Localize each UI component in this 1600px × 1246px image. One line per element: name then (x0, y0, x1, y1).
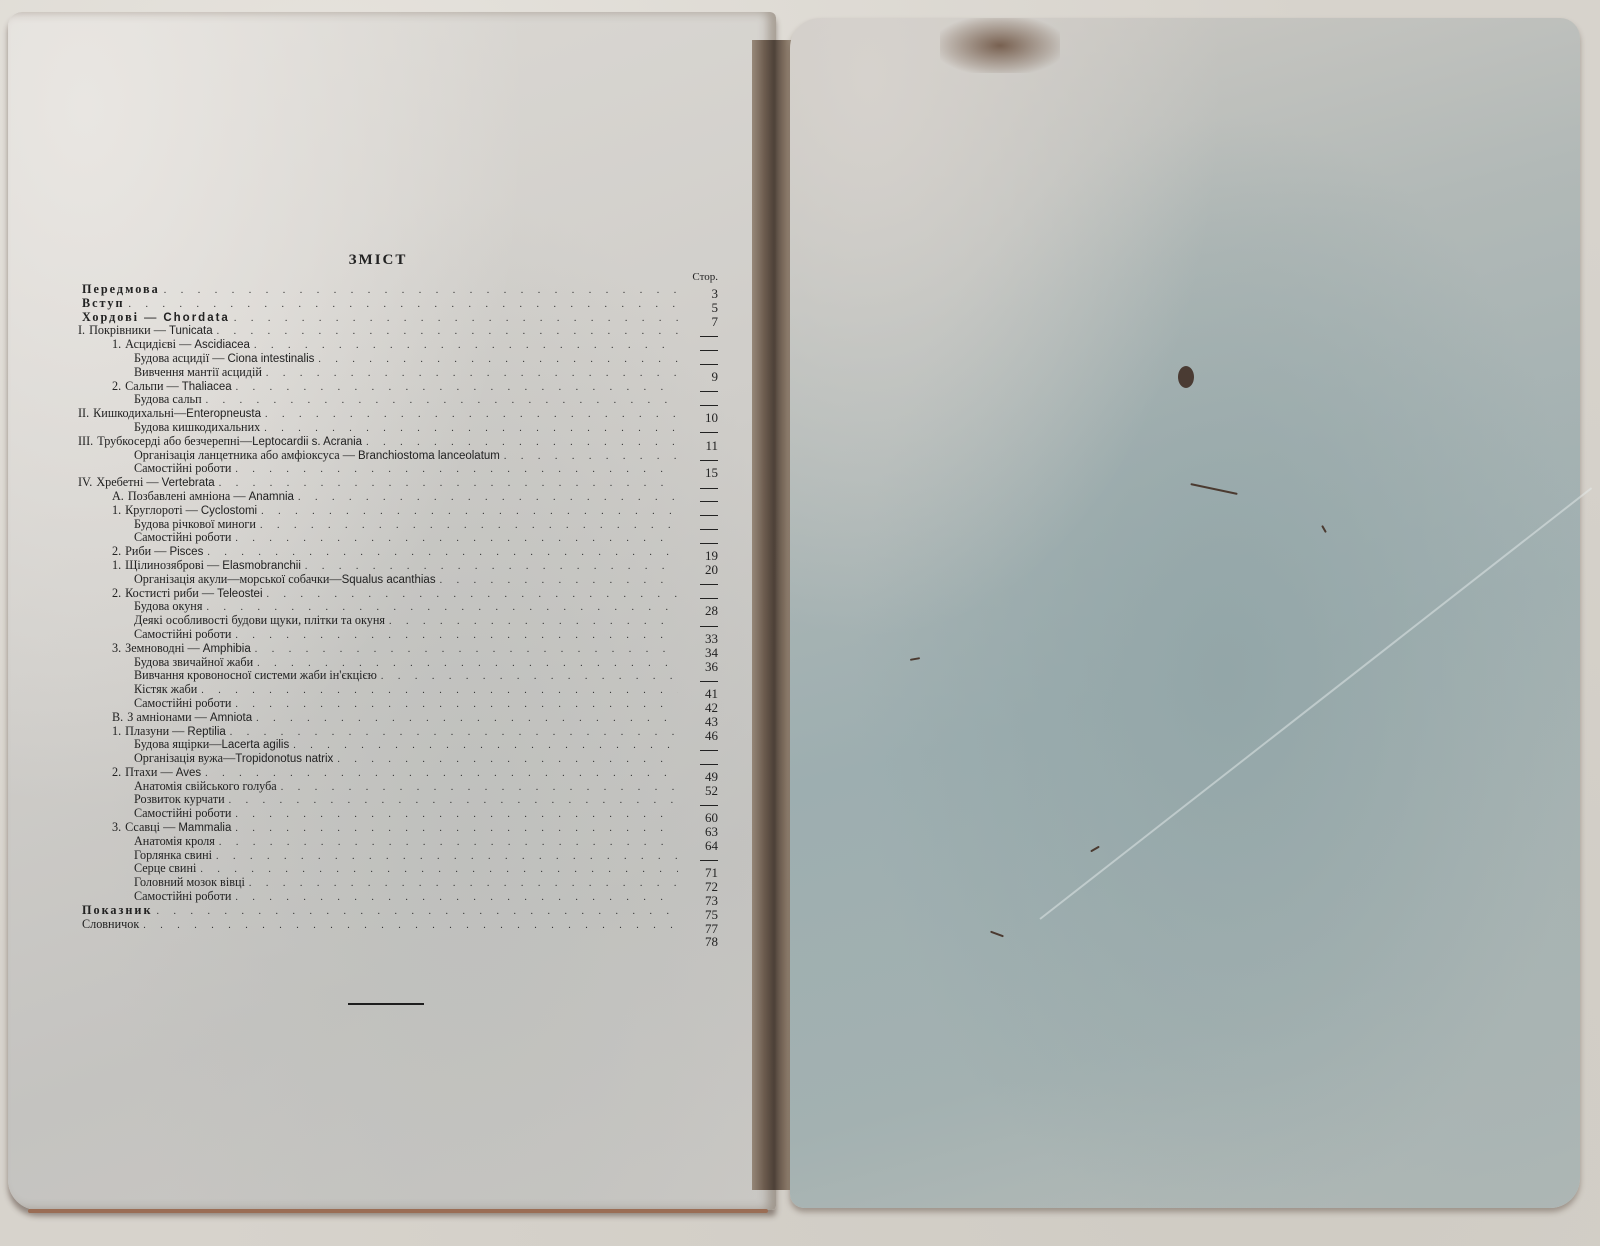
toc-entry-number: 1. (112, 559, 121, 572)
dot-leader (249, 877, 678, 890)
toc-entry-label: Розвиток курчати (78, 793, 229, 807)
toc-entry: II.Кишкодихальні—Enteropneusta (78, 407, 718, 421)
toc-entry-latin: Branchiostoma lanceolatum (358, 450, 500, 462)
toc-entry-text: Вступ (82, 297, 124, 310)
toc-entry-latin: Thaliacea (182, 381, 232, 393)
toc-page-number: 52 (682, 784, 718, 798)
toc-entry-text: Будова ящірки— (134, 738, 221, 751)
toc-entry: 2.Сальпи — Thaliacea (78, 380, 718, 394)
toc-entry-number: IV. (78, 476, 92, 489)
toc-entry-label: 1.Асцидієві — Ascidiacea (78, 338, 254, 352)
toc-entry-label: Передмова (78, 283, 164, 297)
dot-leader (216, 850, 678, 863)
toc-page-number (682, 384, 718, 398)
dot-leader (230, 726, 678, 739)
toc-entry-label: Будова сальп (78, 393, 206, 407)
toc-entry-label: Організація ланцетника або амфіоксуса — … (78, 449, 504, 463)
toc-page-number: 64 (682, 839, 718, 853)
dot-leader (235, 808, 678, 821)
same-page-dash (700, 488, 718, 489)
toc-page-number (682, 453, 718, 467)
toc-entry-latin: Elasmobranchii (222, 560, 301, 572)
dot-leader (255, 643, 678, 656)
toc-entry-number: 1. (112, 338, 121, 351)
dot-leader (281, 781, 678, 794)
dot-leader (219, 836, 678, 849)
toc-entry-text: Розвиток курчати (134, 793, 225, 806)
toc-entry: Анатомія кроля (78, 835, 718, 849)
same-page-dash (700, 515, 718, 516)
toc-entry-label: Хордові — Chordata (78, 311, 234, 325)
toc-entry: Будова окуня (78, 600, 718, 614)
toc-entry: 3.Ссавці — Mammalia (78, 821, 718, 835)
toc-entry-label: 1.Щілинозяброві — Elasmobranchii (78, 559, 305, 573)
toc-page-number: 73 (682, 894, 718, 908)
paper-fiber (1190, 483, 1237, 495)
toc-entry-text: Земноводні — (125, 642, 203, 655)
toc-entry: Показник (78, 904, 718, 918)
same-page-dash (700, 336, 718, 337)
toc-entry: 2.Костисті риби — Teleostei (78, 587, 718, 601)
toc-entry-label: I.Покрівники — Tunicata (78, 324, 217, 338)
toc-page-number: 72 (682, 880, 718, 894)
toc-entry-text: Головний мозок вівці (134, 876, 245, 889)
toc-entry: Вивчання кровоносної системи жаби ін'єкц… (78, 669, 718, 683)
toc-entry-latin: Aves (176, 767, 201, 779)
toc-entry-label: Анатомія кроля (78, 835, 219, 849)
toc-entry-latin: Vertebrata (162, 477, 215, 489)
toc-entry-label: 1.Круглороті — Cyclostomi (78, 504, 261, 518)
toc-entry-number: B. (112, 711, 123, 724)
toc-entry-text: Будова окуня (134, 600, 202, 613)
toc-page-number: 15 (682, 466, 718, 480)
dot-leader (201, 684, 678, 697)
toc-page-number (682, 618, 718, 632)
dot-leader (504, 450, 678, 463)
toc-entry: Організація ланцетника або амфіоксуса — … (78, 449, 718, 463)
toc-entry-label: A.Позбавлені амніона — Anamnia (78, 490, 298, 504)
same-page-dash (700, 543, 718, 544)
toc-entry-text: Сальпи — (125, 380, 182, 393)
toc-page-number (682, 342, 718, 356)
toc-page-number: 19 (682, 549, 718, 563)
dot-leader (206, 394, 678, 407)
toc-entry-label: Організація акули—морської собачки—Squal… (78, 573, 440, 587)
toc-entry-latin: Ciona intestinalis (227, 353, 314, 365)
toc-entry-text: Анатомія свійського голуба (134, 780, 277, 793)
same-page-dash (700, 584, 718, 585)
toc-page-number (682, 797, 718, 811)
toc-entry-number: 1. (112, 725, 121, 738)
toc-entry: Організація вужа—Tropidonotus natrix (78, 752, 718, 766)
toc-entry: Словничок (78, 918, 718, 932)
toc-entry-label: 3.Земноводні — Amphibia (78, 642, 255, 656)
toc-entry-text: Будова сальп (134, 393, 202, 406)
toc-entry-text: Вивчення мантії асцидій (134, 366, 262, 379)
dot-leader (366, 436, 678, 449)
toc-entry-text: Костисті риби — (125, 587, 217, 600)
toc-page-number: 5 (682, 301, 718, 315)
toc-entry-text: Організація ланцетника або амфіоксуса — (134, 449, 358, 462)
toc-entry: 1.Плазуни — Reptilia (78, 725, 718, 739)
dot-leader (229, 794, 678, 807)
stain-mark (940, 18, 1060, 73)
toc-entry-number: A. (112, 490, 124, 503)
dot-leader (200, 863, 678, 876)
toc-entry-text: Показник (82, 904, 152, 917)
toc-page-number: 43 (682, 715, 718, 729)
toc-entry: Будова ящірки—Lacerta agilis (78, 738, 718, 752)
toc-entry: Головний мозок вівці (78, 876, 718, 890)
table-of-contents: ЗМІСТ Стор. ПередмоваВступХордові — Chor… (78, 252, 718, 931)
toc-entry: 1.Круглороті — Cyclostomi (78, 504, 718, 518)
toc-entry-label: 2.Костисті риби — Teleostei (78, 587, 267, 601)
toc-entry: 1.Щілинозяброві — Elasmobranchii (78, 559, 718, 573)
toc-entry-label: Самостійні роботи (78, 697, 235, 711)
toc-entry: 3.Земноводні — Amphibia (78, 642, 718, 656)
toc-page-number: 34 (682, 646, 718, 660)
toc-entry-label: Організація вужа—Tropidonotus natrix (78, 752, 337, 766)
toc-page-number (682, 742, 718, 756)
toc-entry-latin: Tropidonotus natrix (235, 753, 333, 765)
toc-entry-label: 2.Птахи — Aves (78, 766, 205, 780)
toc-entry-label: Вступ (78, 297, 128, 311)
toc-pages-header: Стор. (78, 271, 718, 283)
toc-page-number (682, 508, 718, 522)
toc-page-number: 36 (682, 660, 718, 674)
toc-entry: Самостійні роботи (78, 462, 718, 476)
toc-entry-text: Позбавлені амніона — (128, 490, 249, 503)
toc-page-number (682, 522, 718, 536)
toc-page-number (682, 397, 718, 411)
toc-entry: III.Трубкосерді або безчерепні—Leptocard… (78, 435, 718, 449)
toc-entry-latin: Pisces (169, 546, 203, 558)
toc-page-number: 28 (682, 604, 718, 618)
toc-page-number (682, 356, 718, 370)
dot-leader (234, 312, 678, 325)
toc-entry-text: З амніонами — (127, 711, 210, 724)
toc-entry-latin: Chordata (163, 312, 229, 324)
toc-page-number: 77 (682, 922, 718, 936)
toc-page-number: 49 (682, 770, 718, 784)
toc-entry-number: 2. (112, 766, 121, 779)
toc-entry-label: Будова окуня (78, 600, 206, 614)
toc-entry-latin: Enteropneusta (186, 408, 261, 420)
toc-entry: Серце свині (78, 862, 718, 876)
dot-leader (265, 408, 678, 421)
toc-entry-text: Самостійні роботи (134, 890, 231, 903)
toc-page-number (682, 535, 718, 549)
toc-page-number: 9 (682, 370, 718, 384)
toc-entry-text: Круглороті — (125, 504, 201, 517)
toc-page-numbers: 3579101115192028333436414243464952606364… (682, 287, 718, 949)
toc-entry: Будова асцидії — Ciona intestinalis (78, 352, 718, 366)
toc-entry-text: Птахи — (125, 766, 176, 779)
ink-blot (1178, 366, 1194, 388)
dot-leader (206, 601, 678, 614)
same-page-dash (700, 764, 718, 765)
toc-page-number (682, 328, 718, 342)
toc-entry-label: Словничок (78, 918, 143, 932)
dot-leader (261, 505, 678, 518)
dot-leader (156, 905, 678, 918)
dot-leader (235, 891, 678, 904)
book-spine (752, 40, 792, 1190)
same-page-dash (700, 364, 718, 365)
toc-entry-label: 2.Риби — Pisces (78, 545, 207, 559)
toc-entry-label: Будова ящірки—Lacerta agilis (78, 738, 293, 752)
toc-entry-label: Вивчання кровоносної системи жаби ін'єкц… (78, 669, 381, 683)
toc-entry-text: Деякі особливості будови щуки, плітки та… (134, 614, 385, 627)
toc-entry-label: 3.Ссавці — Mammalia (78, 821, 235, 835)
toc-page-number: 10 (682, 411, 718, 425)
toc-entry-label: Будова асцидії — Ciona intestinalis (78, 352, 318, 366)
fold-crease (1039, 487, 1592, 920)
dot-leader (293, 739, 678, 752)
dot-leader (205, 767, 678, 780)
toc-entry-label: Вивчення мантії асцидій (78, 366, 266, 380)
dot-leader (235, 698, 678, 711)
toc-entry: Хордові — Chordata (78, 311, 718, 325)
toc-entry-text: Покрівники — (89, 324, 169, 337)
dot-leader (219, 477, 678, 490)
toc-entry-label: Будова річкової миноги (78, 518, 260, 532)
toc-entry-latin: Ascidiacea (194, 339, 250, 351)
toc-page-number (682, 425, 718, 439)
toc-entry-text: Будова звичайної жаби (134, 656, 253, 669)
toc-entry-text: Трубкосерді або безчерепні— (97, 435, 252, 448)
toc-entry: Вступ (78, 297, 718, 311)
toc-page-number: 41 (682, 687, 718, 701)
toc-page-number (682, 494, 718, 508)
toc-page-number: 78 (682, 935, 718, 949)
toc-page-number (682, 577, 718, 591)
toc-entry-latin: Amphibia (203, 643, 251, 655)
toc-entry-text: Кістяк жаби (134, 683, 197, 696)
toc-entry-latin: Leptocardii s. Acrania (252, 436, 362, 448)
dot-leader (389, 615, 678, 628)
toc-entry-number: 3. (112, 642, 121, 655)
toc-entry-latin: Anamnia (249, 491, 294, 503)
toc-entry: B.З амніонами — Amniota (78, 711, 718, 725)
toc-page-number (682, 591, 718, 605)
toc-entry-latin: Squalus acanthias (342, 574, 436, 586)
same-page-dash (700, 350, 718, 351)
toc-entry-text: Хордові — (82, 311, 163, 324)
toc-entry-text: Плазуни — (125, 725, 187, 738)
toc-entry: Кістяк жаби (78, 683, 718, 697)
toc-entry: Самостійні роботи (78, 531, 718, 545)
dot-leader (207, 546, 678, 559)
toc-entry-label: III.Трубкосерді або безчерепні—Leptocard… (78, 435, 366, 449)
toc-entry-label: Анатомія свійського голуба (78, 780, 281, 794)
toc-page-number: 75 (682, 908, 718, 922)
toc-page-number (682, 853, 718, 867)
toc-entry-number: III. (78, 435, 93, 448)
toc-entry-text: Словничок (82, 918, 139, 931)
toc-entry: A.Позбавлені амніона — Anamnia (78, 490, 718, 504)
dot-leader (256, 712, 678, 725)
dot-leader (235, 532, 678, 545)
toc-entry-text: Щілинозяброві — (125, 559, 222, 572)
same-page-dash (700, 391, 718, 392)
toc-entry-label: Показник (78, 904, 156, 918)
toc-entry-label: Головний мозок вівці (78, 876, 249, 890)
toc-page-number: 11 (682, 439, 718, 453)
same-page-dash (700, 681, 718, 682)
toc-entry: 2.Птахи — Aves (78, 766, 718, 780)
toc-page-number: 63 (682, 825, 718, 839)
toc-entry: Горлянка свині (78, 849, 718, 863)
toc-page-number: 71 (682, 866, 718, 880)
toc-page-number: 20 (682, 563, 718, 577)
dot-leader (381, 670, 678, 683)
toc-entry-label: Самостійні роботи (78, 462, 235, 476)
toc-entry: Самостійні роботи (78, 807, 718, 821)
dot-leader (235, 822, 678, 835)
toc-page-number: 46 (682, 729, 718, 743)
toc-entry-text: Передмова (82, 283, 160, 296)
toc-entry-latin: Mammalia (178, 822, 231, 834)
toc-title: ЗМІСТ (78, 252, 718, 269)
toc-entry-label: 1.Плазуни — Reptilia (78, 725, 230, 739)
toc-entry-text: Хребетні — (96, 476, 161, 489)
right-page-back-cover (790, 18, 1580, 1208)
toc-entry-label: Самостійні роботи (78, 890, 235, 904)
toc-entry-label: 2.Сальпи — Thaliacea (78, 380, 236, 394)
dot-leader (440, 574, 678, 587)
toc-entry-text: Серце свині (134, 862, 196, 875)
dot-leader (235, 463, 678, 476)
toc-entry: Анатомія свійського голуба (78, 780, 718, 794)
toc-entry-label: II.Кишкодихальні—Enteropneusta (78, 407, 265, 421)
toc-entry-latin: Teleostei (217, 588, 262, 600)
toc-entry: Самостійні роботи (78, 890, 718, 904)
toc-entry-label: Деякі особливості будови щуки, плітки та… (78, 614, 389, 628)
dot-leader (337, 753, 678, 766)
toc-entry-latin: Reptilia (187, 726, 225, 738)
same-page-dash (700, 405, 718, 406)
same-page-dash (700, 460, 718, 461)
toc-entry-latin: Lacerta agilis (221, 739, 289, 751)
toc-entry: Будова сальп (78, 393, 718, 407)
dot-leader (266, 367, 678, 380)
dot-leader (143, 919, 678, 932)
toc-entry-latin: Amniota (210, 712, 252, 724)
toc-entry-text: Ссавці — (125, 821, 178, 834)
toc-entry-label: Горлянка свині (78, 849, 216, 863)
paper-fiber (1090, 846, 1100, 853)
same-page-dash (700, 860, 718, 861)
toc-entry-label: Будова кишкодихальних (78, 421, 264, 435)
same-page-dash (700, 626, 718, 627)
toc-entry-text: Будова річкової миноги (134, 518, 256, 531)
toc-entry: Самостійні роботи (78, 628, 718, 642)
dot-leader (267, 588, 679, 601)
toc-entry: IV.Хребетні — Vertebrata (78, 476, 718, 490)
toc-entry-text: Самостійні роботи (134, 462, 231, 475)
dot-leader (260, 519, 678, 532)
toc-entry: 2.Риби — Pisces (78, 545, 718, 559)
same-page-dash (700, 501, 718, 502)
toc-entry-number: II. (78, 407, 89, 420)
toc-page-number: 33 (682, 632, 718, 646)
toc-entry-text: Самостійні роботи (134, 697, 231, 710)
dot-leader (236, 381, 678, 394)
toc-entry-text: Організація акули—морської собачки— (134, 573, 342, 586)
dot-leader (264, 422, 678, 435)
toc-entry: Вивчення мантії асцидій (78, 366, 718, 380)
toc-page-number: 60 (682, 811, 718, 825)
toc-entry-label: Самостійні роботи (78, 807, 235, 821)
same-page-dash (700, 805, 718, 806)
toc-entry-latin: Tunicata (169, 325, 213, 337)
toc-entry-text: Самостійні роботи (134, 628, 231, 641)
toc-entry-label: B.З амніонами — Amniota (78, 711, 256, 725)
toc-entry-label: IV.Хребетні — Vertebrata (78, 476, 219, 490)
same-page-dash (700, 432, 718, 433)
toc-entry-number: 3. (112, 821, 121, 834)
toc-page-number (682, 756, 718, 770)
toc-entry: Будова річкової миноги (78, 518, 718, 532)
toc-page-number: 42 (682, 701, 718, 715)
toc-entry: Будова кишкодихальних (78, 421, 718, 435)
dot-leader (217, 325, 678, 338)
toc-entry-text: Кишкодихальні— (93, 407, 186, 420)
toc-entry-label: Самостійні роботи (78, 531, 235, 545)
toc-entries: ПередмоваВступХордові — ChordataI.Покрів… (78, 283, 718, 931)
toc-entry-text: Риби — (125, 545, 169, 558)
toc-entry: Самостійні роботи (78, 697, 718, 711)
toc-entry: Передмова (78, 283, 718, 297)
toc-entry-text: Будова кишкодихальних (134, 421, 260, 434)
dot-leader (298, 491, 678, 504)
dot-leader (257, 657, 678, 670)
toc-entry-number: 1. (112, 504, 121, 517)
toc-entry-text: Самостійні роботи (134, 531, 231, 544)
same-page-dash (700, 529, 718, 530)
toc-entry-text: Самостійні роботи (134, 807, 231, 820)
dot-leader (128, 298, 678, 311)
same-page-dash (700, 598, 718, 599)
toc-entry-label: Самостійні роботи (78, 628, 235, 642)
toc-entry-label: Серце свині (78, 862, 200, 876)
toc-entry-number: 2. (112, 587, 121, 600)
toc-page-number (682, 673, 718, 687)
toc-entry-text: Анатомія кроля (134, 835, 215, 848)
toc-entry-text: Будова асцидії — (134, 352, 227, 365)
toc-entry-text: Організація вужа— (134, 752, 235, 765)
toc-entry-text: Асцидієві — (125, 338, 194, 351)
dot-leader (254, 339, 678, 352)
paper-fiber (1321, 525, 1327, 533)
toc-page-number: 7 (682, 315, 718, 329)
toc-entry: Будова звичайної жаби (78, 656, 718, 670)
dot-leader (305, 560, 678, 573)
same-page-dash (700, 750, 718, 751)
toc-entry-number: I. (78, 324, 85, 337)
toc-entry: 1.Асцидієві — Ascidiacea (78, 338, 718, 352)
dot-leader (164, 284, 678, 297)
toc-entry-text: Вивчання кровоносної системи жаби ін'єкц… (134, 669, 377, 682)
dot-leader (235, 629, 678, 642)
toc-entry-text: Горлянка свині (134, 849, 212, 862)
paper-fiber (910, 657, 920, 661)
toc-entry: Організація акули—морської собачки—Squal… (78, 573, 718, 587)
toc-entry: Деякі особливості будови щуки, плітки та… (78, 614, 718, 628)
toc-entry-label: Кістяк жаби (78, 683, 201, 697)
toc-entry: Розвиток курчати (78, 793, 718, 807)
